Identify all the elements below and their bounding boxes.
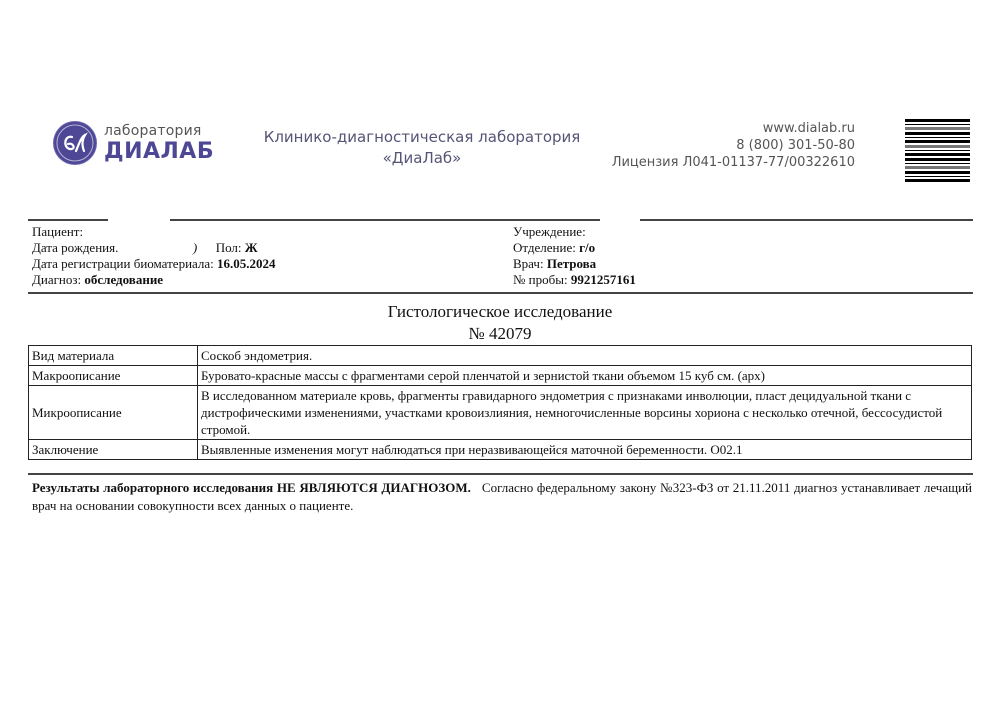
barcode-icon (905, 119, 970, 197)
doctor-value: Петрова (547, 256, 596, 271)
institution-row: Учреждение: (513, 224, 636, 240)
lab-title-line-2: «ДиаЛаб» (262, 148, 582, 169)
diagnosis-label: Диагноз: (32, 272, 81, 287)
diagnosis-row: Диагноз: обследование (32, 272, 276, 288)
registration-row: Дата регистрации биоматериала: 16.05.202… (32, 256, 276, 272)
registration-value: 16.05.2024 (217, 256, 276, 271)
lab-title-line-1: Клинико-диагностическая лаборатория (262, 127, 582, 148)
row-value: Выявленные изменения могут наблюдаться п… (198, 440, 972, 460)
divider (170, 219, 600, 221)
sample-label: № пробы: (513, 272, 568, 287)
divider (28, 219, 108, 221)
patient-info: Пациент: Дата рождения. ) Пол: Ж Дата ре… (32, 224, 276, 288)
table-row: ЗаключениеВыявленные изменения могут наб… (29, 440, 972, 460)
lab-logo: лаборатория ДИАЛАБ (54, 122, 214, 164)
table-row: МикроописаниеВ исследованном материале к… (29, 386, 972, 440)
disclaimer-bold: Результаты лабораторного исследования НЕ… (32, 480, 471, 495)
row-value: Буровато-красные массы с фрагментами сер… (198, 366, 972, 386)
registration-label: Дата регистрации биоматериала: (32, 256, 214, 271)
department-row: Отделение: г/о (513, 240, 636, 256)
results-table: Вид материалаСоскоб эндометрия.Макроопис… (28, 345, 972, 460)
row-label: Вид материала (29, 346, 198, 366)
divider (28, 292, 973, 294)
doctor-row: Врач: Петрова (513, 256, 636, 272)
birth-date-row: Дата рождения. ) Пол: Ж (32, 240, 276, 256)
sample-value: 9921257161 (571, 272, 636, 287)
logo-line-1: лаборатория (104, 124, 214, 138)
sex-value: Ж (245, 240, 258, 255)
patient-row: Пациент: (32, 224, 276, 240)
table-row: Вид материалаСоскоб эндометрия. (29, 346, 972, 366)
logo-line-2: ДИАЛАБ (104, 141, 214, 163)
department-value: г/о (579, 240, 595, 255)
disclaimer: Результаты лабораторного исследования НЕ… (32, 479, 972, 515)
website: www.dialab.ru (612, 120, 855, 137)
row-value: Соскоб эндометрия. (198, 346, 972, 366)
doctor-label: Врач: (513, 256, 544, 271)
row-value: В исследованном материале кровь, фрагмен… (198, 386, 972, 440)
diagnosis-value: обследование (84, 272, 163, 287)
birth-date-tail: ) (193, 240, 197, 255)
row-label: Макроописание (29, 366, 198, 386)
license: Лицензия Л041-01137-77/00322610 (612, 154, 855, 171)
document-title: Гистологическое исследование № 42079 (0, 301, 1000, 345)
institution-label: Учреждение: (513, 224, 586, 239)
divider (640, 219, 973, 221)
logo-emblem-icon (54, 122, 96, 164)
row-label: Микроописание (29, 386, 198, 440)
birth-date-label: Дата рождения. (32, 240, 118, 255)
document-number: № 42079 (0, 323, 1000, 345)
lab-contacts: www.dialab.ru 8 (800) 301-50-80 Лицензия… (612, 120, 855, 171)
divider (28, 473, 973, 475)
department-label: Отделение: (513, 240, 576, 255)
document-title-text: Гистологическое исследование (0, 301, 1000, 323)
sample-row: № пробы: 9921257161 (513, 272, 636, 288)
sex-label: Пол: (216, 240, 242, 255)
phone: 8 (800) 301-50-80 (612, 137, 855, 154)
institution-info: Учреждение: Отделение: г/о Врач: Петрова… (513, 224, 636, 288)
table-row: МакроописаниеБуровато-красные массы с фр… (29, 366, 972, 386)
lab-title: Клинико-диагностическая лаборатория «Диа… (262, 127, 582, 169)
row-label: Заключение (29, 440, 198, 460)
patient-label: Пациент: (32, 224, 83, 239)
